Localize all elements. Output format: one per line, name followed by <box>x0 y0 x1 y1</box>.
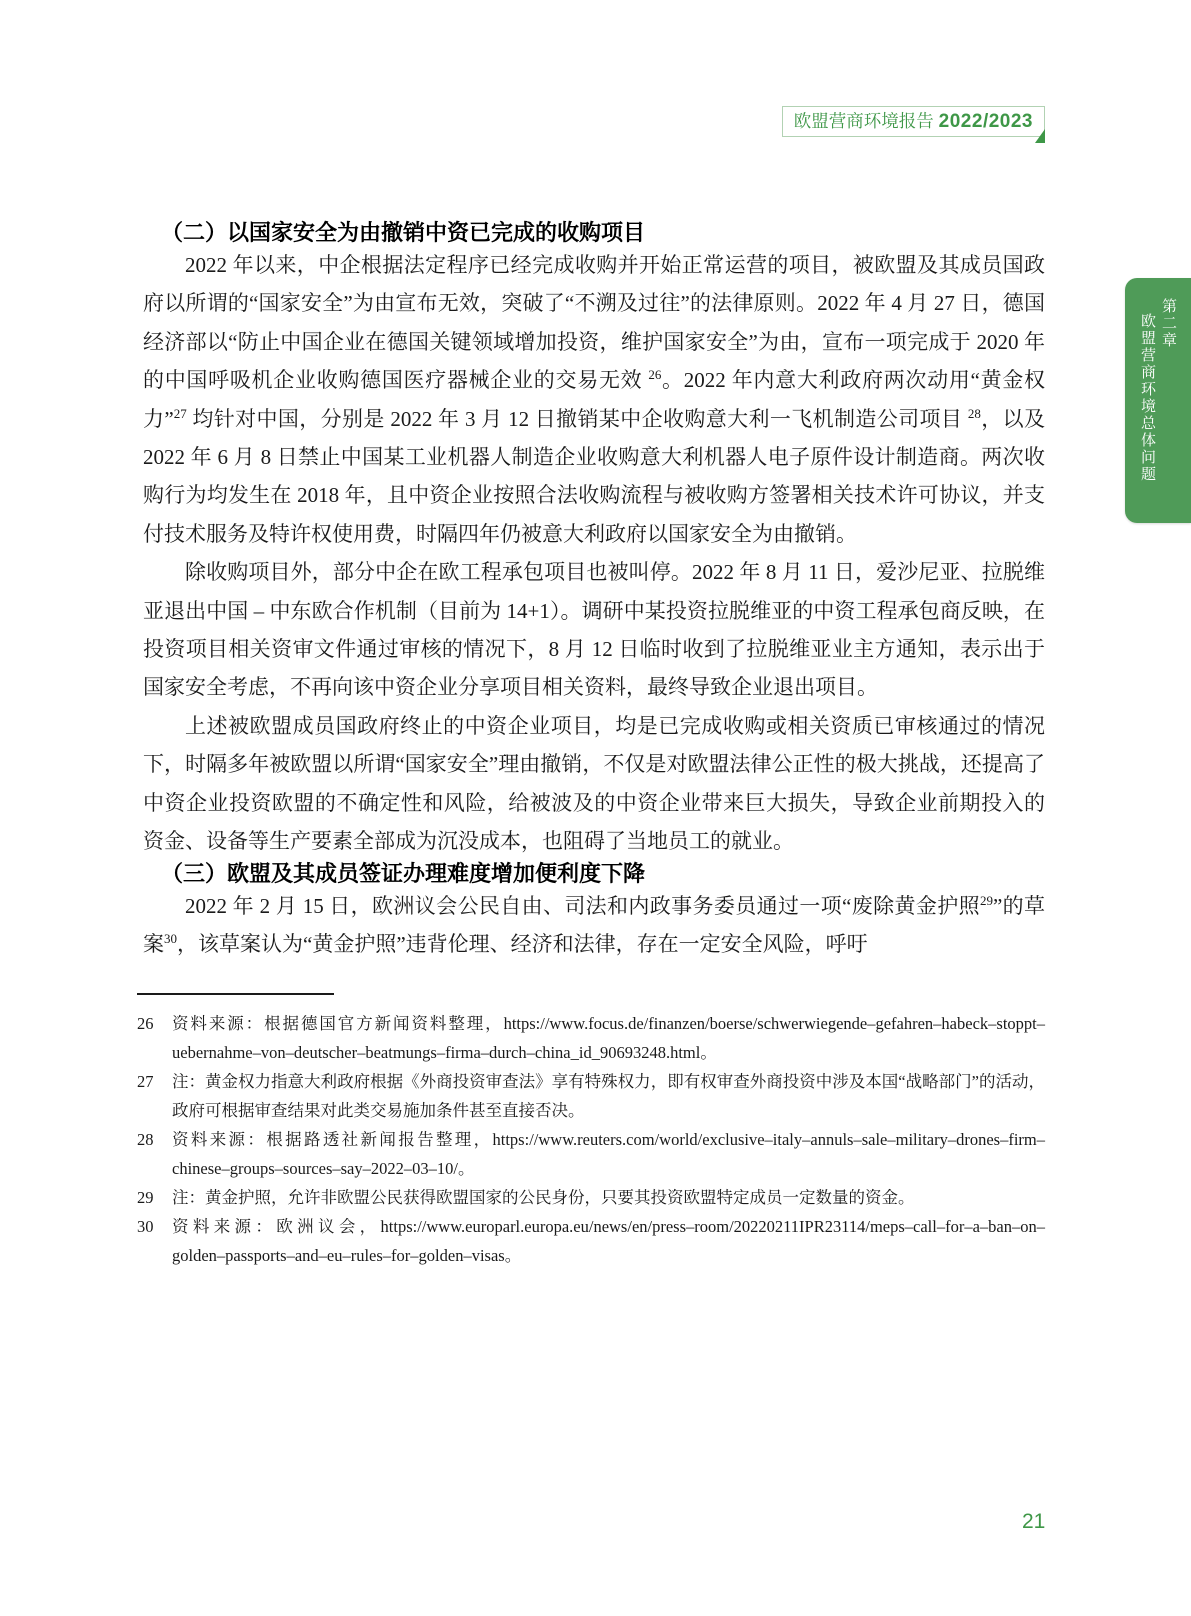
footnote-number: 28 <box>137 1125 154 1154</box>
section-heading-3: （三）欧盟及其成员签证办理难度增加便利度下降 <box>143 861 1045 887</box>
footnote-divider <box>137 993 334 995</box>
footnote-text: 注：黄金护照，允许非欧盟公民获得欧盟国家的公民身份，只要其投资欧盟特定成员一定数… <box>172 1188 915 1207</box>
footnote: 27 注：黄金权力指意大利政府根据《外商投资审查法》享有特殊权力，即有权审查外商… <box>137 1067 1045 1125</box>
report-title: 欧盟营商环境报告 <box>794 111 934 131</box>
page-number: 21 <box>1022 1510 1045 1534</box>
body-paragraph: 2022 年以来，中企根据法定程序已经完成收购并开始正常运营的项目，被欧盟及其成… <box>143 246 1045 553</box>
footnotes: 26 资料来源：根据德国官方新闻资料整理，https://www.focus.d… <box>137 1009 1045 1270</box>
footnote-text: 资料来源：欧洲议会，https://www.europarl.europa.eu… <box>172 1217 1045 1265</box>
footnote-ref: 26 <box>648 367 661 382</box>
body-paragraph: 2022 年 2 月 15 日，欧洲议会公民自由、司法和内政事务委员通过一项“废… <box>143 887 1045 964</box>
footnote: 28 资料来源：根据路透社新闻报告整理，https://www.reuters.… <box>137 1125 1045 1183</box>
fold-corner-icon <box>1035 129 1045 143</box>
report-title-badge: 欧盟营商环境报告 2022/2023 <box>782 106 1045 137</box>
footnote-number: 26 <box>137 1009 154 1038</box>
footnote-text: 注：黄金权力指意大利政府根据《外商投资审查法》享有特殊权力，即有权审查外商投资中… <box>172 1072 1045 1120</box>
footnote-text: 资料来源：根据德国官方新闻资料整理，https://www.focus.de/f… <box>172 1014 1045 1062</box>
chapter-title: 欧盟营商环境总体问题 <box>1137 313 1158 483</box>
footnote-number: 29 <box>137 1183 154 1212</box>
main-content: （二）以国家安全为由撤销中资已完成的收购项目 2022 年以来，中企根据法定程序… <box>143 220 1045 1270</box>
body-paragraph: 上述被欧盟成员国政府终止的中资企业项目，均是已完成收购或相关资质已审核通过的情况… <box>143 707 1045 861</box>
chapter-number: 第二章 <box>1160 298 1177 349</box>
footnote-number: 30 <box>137 1212 154 1241</box>
report-years: 2022/2023 <box>939 111 1033 132</box>
footnote-text: 资料来源：根据路透社新闻报告整理，https://www.reuters.com… <box>172 1130 1045 1178</box>
footnote: 26 资料来源：根据德国官方新闻资料整理，https://www.focus.d… <box>137 1009 1045 1067</box>
footnote-ref: 27 <box>174 406 187 421</box>
footnote-ref: 28 <box>968 406 981 421</box>
footnote-ref: 30 <box>164 931 177 946</box>
footnote-number: 27 <box>137 1067 154 1096</box>
section-heading-2: （二）以国家安全为由撤销中资已完成的收购项目 <box>143 220 1045 246</box>
chapter-side-tab: 第二章欧盟营商环境总体问题 <box>1125 278 1191 523</box>
document-page: 欧盟营商环境报告 2022/2023 第二章欧盟营商环境总体问题 （二）以国家安… <box>0 0 1191 1616</box>
footnote-ref: 29 <box>980 893 993 908</box>
body-paragraph: 除收购项目外，部分中企在欧工程承包项目也被叫停。2022 年 8 月 11 日，… <box>143 553 1045 707</box>
footnote: 29 注：黄金护照，允许非欧盟公民获得欧盟国家的公民身份，只要其投资欧盟特定成员… <box>137 1183 1045 1212</box>
footnote: 30 资料来源：欧洲议会，https://www.europarl.europa… <box>137 1212 1045 1270</box>
chapter-tab-text: 第二章欧盟营商环境总体问题 <box>1137 298 1179 508</box>
